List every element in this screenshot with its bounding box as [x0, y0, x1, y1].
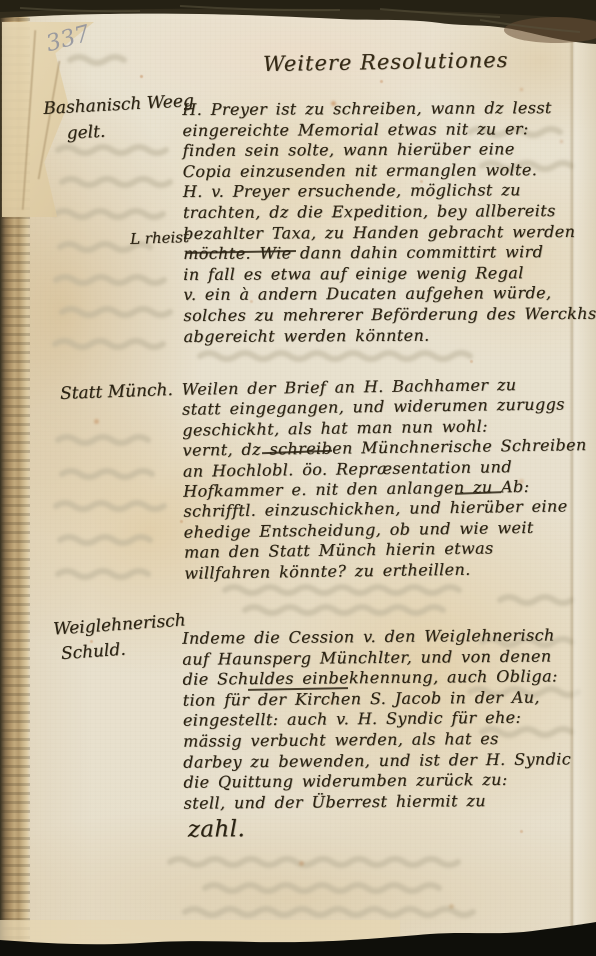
margin-note-statt-muench: Statt Münch.	[60, 377, 174, 407]
body-line: H. Preyer ist zu schreiben, wann dz less…	[182, 98, 582, 121]
body-line: stell, und der Überrest hiermit zu	[184, 790, 584, 814]
body-line: finden sein solte, wann hierüber eine	[183, 139, 583, 162]
body-line: eingereichte Memorial etwas nit zu er:	[182, 119, 582, 142]
bottom-binding-edge	[0, 914, 596, 956]
body-line: trachten, dz die Expedition, bey allbere…	[183, 201, 583, 224]
resolution-paragraph-3: Indeme die Cession v. den Weiglehnerisch…	[182, 625, 584, 837]
margin-side-note: L rheist	[130, 228, 190, 248]
resolution-paragraph-2: Weilen der Brief an H. Bachhamer zu stat…	[182, 374, 585, 583]
page-heading: Weitere Resolutiones	[263, 48, 509, 76]
body-line: H. v. Preyer ersuchende, möglichst zu	[183, 180, 583, 203]
body-line: in fall es etwa auf einige wenig Regal	[183, 263, 583, 286]
resolution-paragraph-1: H. Preyer ist zu schreiben, wann dz less…	[182, 98, 583, 347]
manuscript-scan: 337 Weitere Resolutiones Bashanisch Weeg…	[0, 0, 596, 956]
body-line: bezahlter Taxa, zu Handen gebracht werde…	[183, 222, 583, 245]
foxing-specks	[0, 0, 3, 3]
body-line: möchte. Wie dann dahin committirt wird	[183, 242, 583, 265]
margin-note-bassanisch-weggelt: Bashanisch Weeg gelt.	[43, 88, 196, 148]
body-line: v. ein à andern Ducaten aufgehen würde,	[183, 283, 583, 306]
body-line-closing-word: zahl.	[188, 814, 584, 838]
body-line: Copia einzusenden nit ermanglen wolte.	[183, 160, 583, 183]
body-line: solches zu mehrerer Beförderung des Werc…	[183, 304, 583, 327]
body-line: abgereicht werden könnten.	[184, 324, 584, 347]
margin-note-weiglehnerisch-schuld: Weiglehnerisch Schuld.	[52, 608, 188, 667]
